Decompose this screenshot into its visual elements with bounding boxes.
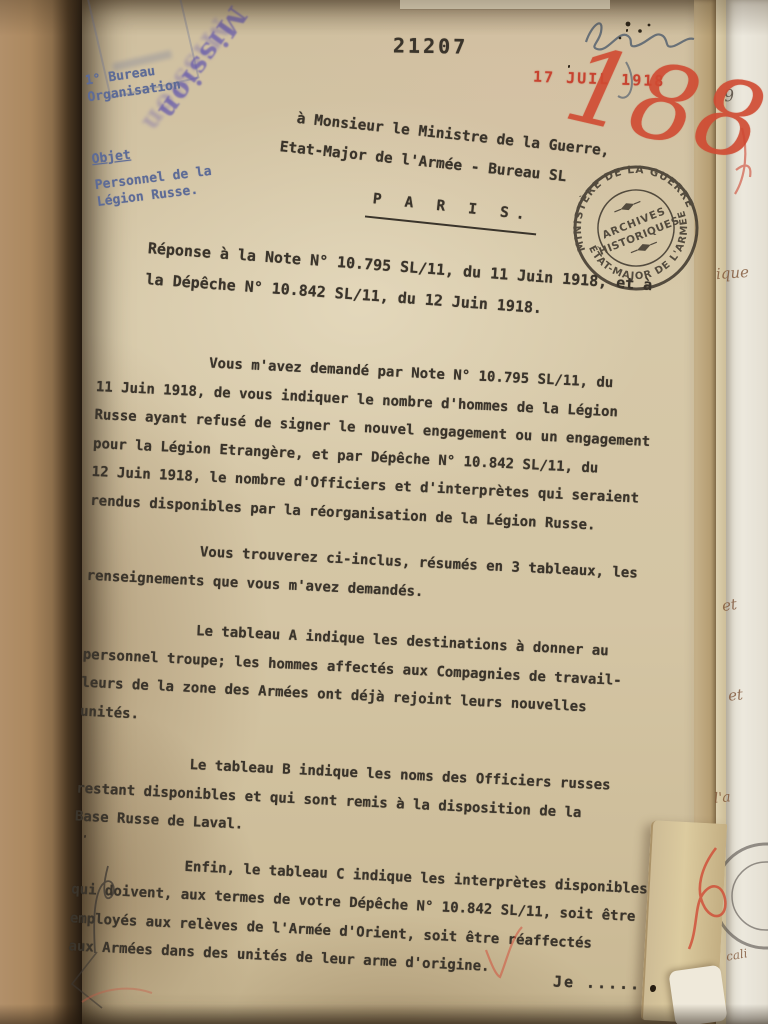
continuation-mark: Je .....: [553, 972, 642, 993]
manuscript-fragment: et: [721, 595, 738, 615]
paragraph-4: Le tableau B indique les noms des Offici…: [74, 746, 669, 860]
paragraph-1: Vous m'avez demandé par Note N° 10.795 S…: [90, 344, 690, 544]
folded-paper-scrap: [668, 965, 727, 1024]
letter-body: Vous m'avez demandé par Note N° 10.795 S…: [67, 344, 689, 1008]
scanned-letter-page: 9 ique et et l'a cali Mission Mission 1°…: [0, 0, 768, 1024]
seal-ornament-top: [613, 199, 641, 215]
paragraph-2: Vous trouverez ci-inclus, résumés en 3 t…: [86, 533, 680, 619]
manuscript-fragment: l'a: [713, 789, 731, 806]
stacked-page-edges-top: [400, 0, 610, 10]
archive-number: 21207: [393, 33, 469, 58]
paragraph-5: Enfin, le tableau C indique les interprè…: [68, 847, 665, 990]
objet-label: Objet: [91, 147, 132, 169]
manuscript-fragment: et: [727, 685, 744, 704]
paragraph-3: Le tableau A indique les destinations à …: [79, 612, 676, 755]
